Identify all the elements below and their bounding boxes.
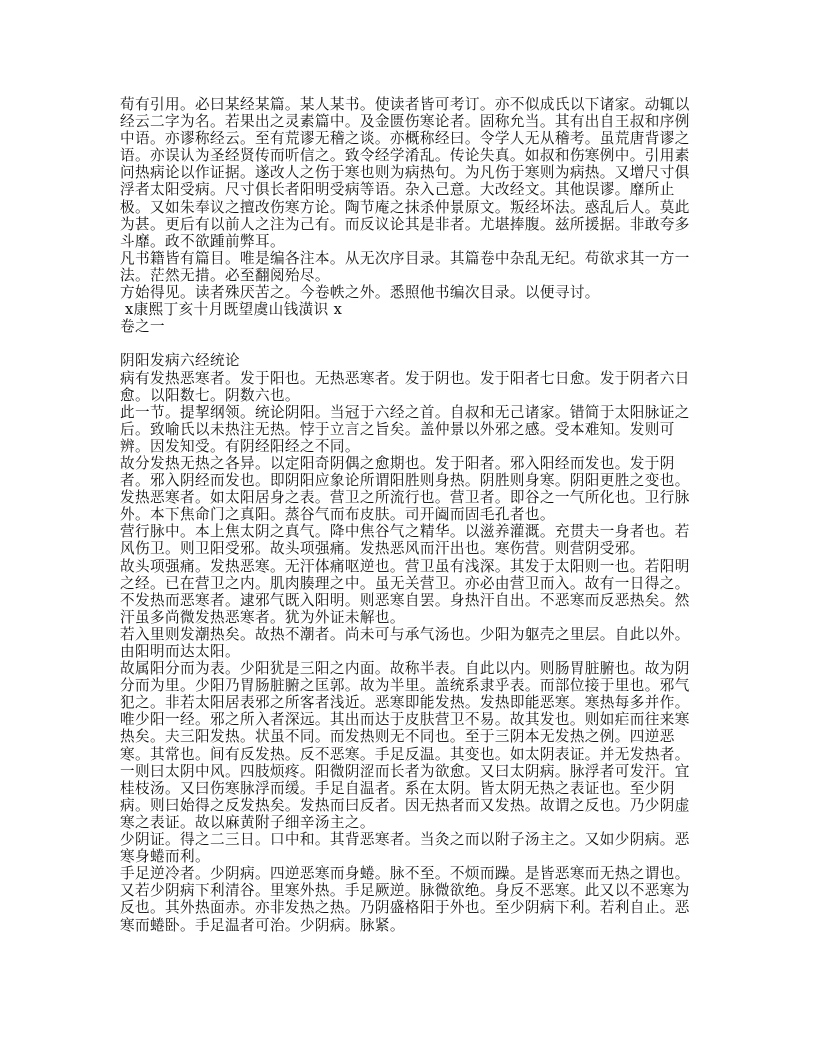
body-paragraph-2: 此一节。提挈纲领。统论阴阳。当冠于六经之首。自叔和无己诸家。错简于太阳脉证之后。…	[120, 404, 704, 455]
document-page: 荀有引用。必曰某经某篇。某人某书。使读者皆可考订。亦不似成氏以下诸家。动辄以经云…	[120, 96, 704, 934]
volume-heading: 卷之一	[120, 318, 704, 335]
body-paragraph-7: 故属阳分而为表。少阳犹是三阳之内面。故称半表。自此以内。则肠胃脏腑也。故为阴分而…	[120, 660, 704, 831]
body-paragraph-8: 少阴证。得之二三日。口中和。其背恶寒者。当灸之而以附子汤主之。又如少阴病。恶寒身…	[120, 831, 704, 865]
body-paragraph-1: 病有发热恶寒者。发于阳也。无热恶寒者。发于阴也。发于阳者七日愈。发于阴者六日愈。…	[120, 370, 704, 404]
preface-signature: x康熙丁亥十月既望虞山钱潢识 x	[120, 301, 704, 318]
body-paragraph-3: 故分发热无热之各异。以定阳奇阴偶之愈期也。发于阳者。邪入阳经而发也。发于阴者。邪…	[120, 455, 704, 523]
section-title: 阴阳发病六经统论	[120, 352, 704, 369]
body-paragraph-4: 营行脉中。本上焦太阴之真气。降中焦谷气之精华。以滋养灌溉。充贯夫一身者也。若风伤…	[120, 523, 704, 557]
blank-line	[120, 335, 704, 352]
preface-paragraph-1: 荀有引用。必曰某经某篇。某人某书。使读者皆可考订。亦不似成氏以下诸家。动辄以经云…	[120, 96, 704, 250]
preface-paragraph-3: 方始得见。读者殊厌苦之。今卷帙之外。悉照他书编次目录。以便寻讨。	[120, 284, 704, 301]
body-paragraph-9: 手足逆冷者。少阴病。四逆恶寒而身蜷。脉不至。不烦而躁。是皆恶寒而无热之谓也。又若…	[120, 865, 704, 933]
preface-paragraph-2: 凡书籍皆有篇目。唯是编各注本。从无次序目录。其篇卷中杂乱无纪。苟欲求其一方一法。…	[120, 250, 704, 284]
body-paragraph-6: 若入里则发潮热矣。故热不潮者。尚未可与承气汤也。少阳为躯壳之里层。自此以外。由阳…	[120, 626, 704, 660]
body-paragraph-5: 故头项强痛。发热恶寒。无汗体痛呕逆也。营卫虽有浅深。其发于太阳则一也。若阳明之经…	[120, 558, 704, 626]
